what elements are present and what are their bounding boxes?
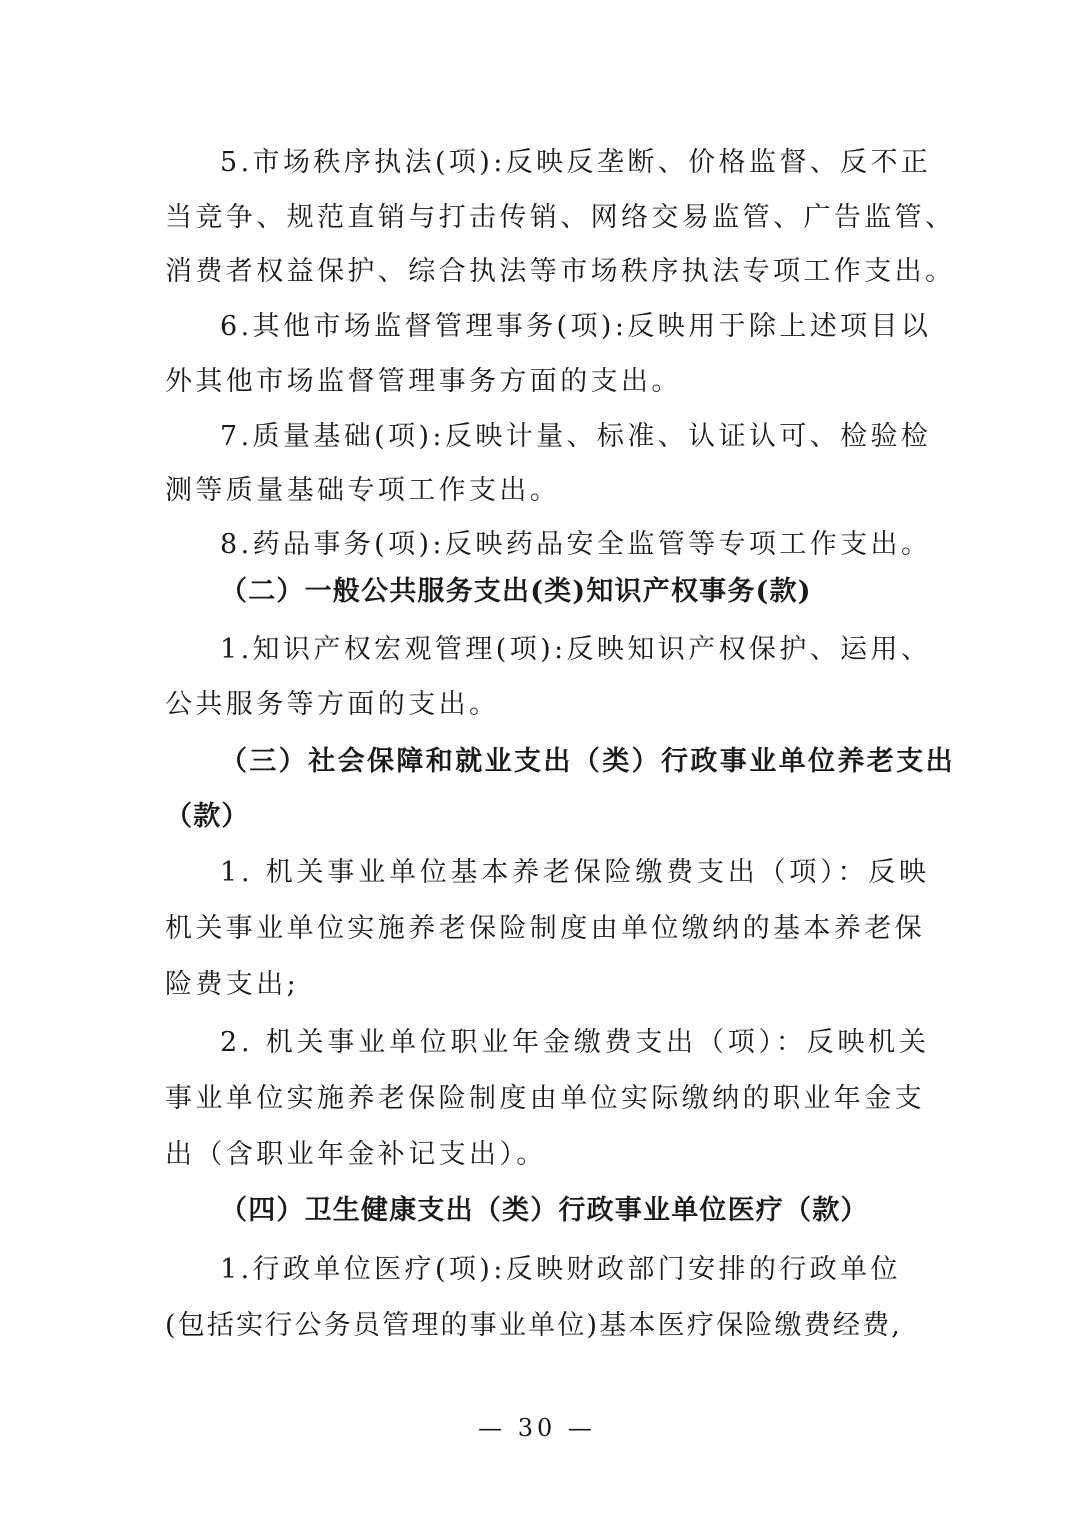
section-4-item-1-line-1: 1.行政单位医疗(项):反映财政部门安排的行政单位	[220, 1250, 915, 1290]
page-number: — 30 —	[0, 1410, 1074, 1446]
section-2-item-1-line-1: 1.知识产权宏观管理(项):反映知识产权保护、运用、	[220, 630, 915, 670]
document-page: 5.市场秩序执法(项):反映反垄断、价格监督、反不正 当竞争、规范直销与打击传销…	[0, 0, 1074, 1520]
section-3-item-1-line-2: 机关事业单位实施养老保险制度由单位缴纳的基本养老保	[165, 909, 915, 949]
section-3-item-2-line-2: 事业单位实施养老保险制度由单位实际缴纳的职业年金支	[165, 1079, 915, 1119]
section-3-heading-line-1: （三）社会保障和就业支出（类）行政事业单位养老支出	[220, 742, 915, 782]
item-5-market-order-enforcement-line-3: 消费者权益保护、综合执法等市场秩序执法专项工作支出。	[165, 252, 915, 292]
section-4-heading: （四）卫生健康支出（类）行政事业单位医疗（款）	[220, 1191, 915, 1231]
section-3-item-2-line-1: 2. 机关事业单位职业年金缴费支出（项）：反映机关	[220, 1023, 915, 1063]
item-5-market-order-enforcement-line-2: 当竞争、规范直销与打击传销、网络交易监管、广告监管、	[165, 198, 915, 238]
section-4-item-1-line-2: (包括实行公务员管理的事业单位)基本医疗保险缴费经费,	[165, 1306, 915, 1346]
item-6-other-market-supervision-line-1: 6.其他市场监督管理事务(项):反映用于除上述项目以	[220, 307, 915, 347]
section-3-item-1-line-3: 险费支出;	[165, 965, 915, 1005]
item-6-other-market-supervision-line-2: 外其他市场监督管理事务方面的支出。	[165, 362, 915, 402]
item-5-market-order-enforcement-line-1: 5.市场秩序执法(项):反映反垄断、价格监督、反不正	[220, 143, 915, 183]
item-7-quality-foundation-line-2: 测等质量基础专项工作支出。	[165, 471, 915, 511]
section-3-item-2-line-3: 出（含职业年金补记支出）。	[165, 1135, 915, 1175]
section-2-heading: （二）一般公共服务支出(类)知识产权事务(款)	[220, 572, 915, 612]
section-3-heading-line-2: （款）	[165, 797, 915, 837]
item-7-quality-foundation-line-1: 7.质量基础(项):反映计量、标准、认证认可、检验检	[220, 417, 915, 457]
section-3-item-1-line-1: 1. 机关事业单位基本养老保险缴费支出（项）：反映	[220, 853, 915, 893]
section-2-item-1-line-2: 公共服务等方面的支出。	[165, 685, 915, 725]
item-8-drug-affairs: 8.药品事务(项):反映药品安全监管等专项工作支出。	[220, 525, 915, 565]
